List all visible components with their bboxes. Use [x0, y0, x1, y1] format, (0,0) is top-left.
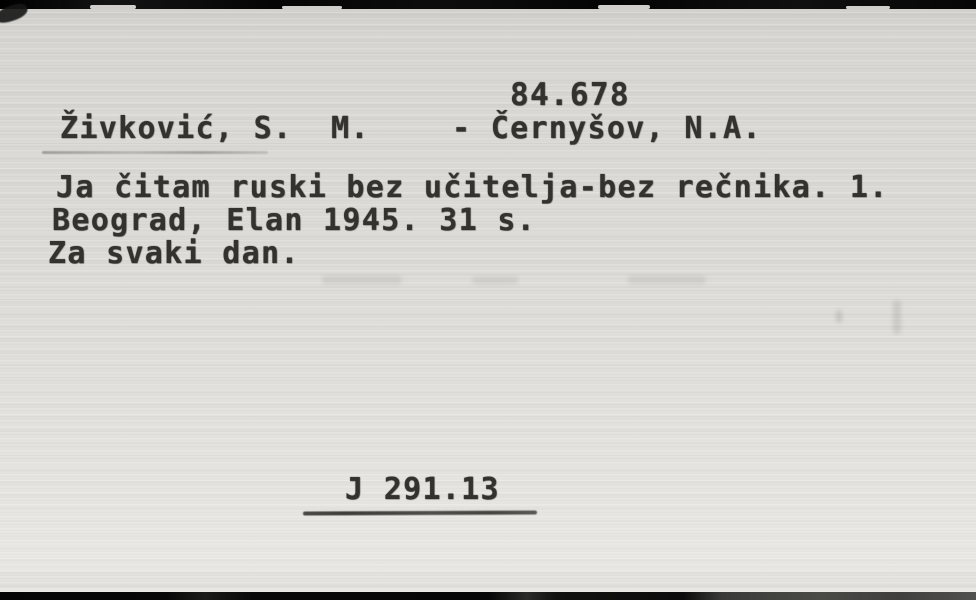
- series-line: Za svaki dan.: [48, 237, 300, 270]
- top-scan-edge: [0, 0, 976, 9]
- scan-smudge: [893, 300, 901, 334]
- imprint-line: Beograd, Elan 1945. 31 s.: [52, 204, 536, 237]
- shelf-mark-underline: [303, 510, 537, 515]
- call-number: 84.678: [510, 79, 630, 112]
- scan-smudge: [628, 276, 706, 284]
- scan-smudge: [472, 277, 518, 284]
- co-author-name: - Černyšov, N.A.: [452, 112, 762, 145]
- scan-smudge: [836, 310, 842, 323]
- scanned-catalog-card-page: 84.678 Živković, S. M. - Černyšov, N.A. …: [0, 0, 976, 600]
- bottom-scan-edge: [0, 592, 976, 600]
- title-line: Ja čitam ruski bez učitelja-bez rečnika.…: [56, 171, 889, 204]
- author-underline: [42, 151, 268, 154]
- catalog-card: 84.678 Živković, S. M. - Černyšov, N.A. …: [0, 0, 976, 600]
- shelf-mark: J 291.13: [345, 473, 500, 506]
- author-name: Živković, S. M.: [60, 112, 370, 145]
- scan-smudge: [322, 276, 402, 284]
